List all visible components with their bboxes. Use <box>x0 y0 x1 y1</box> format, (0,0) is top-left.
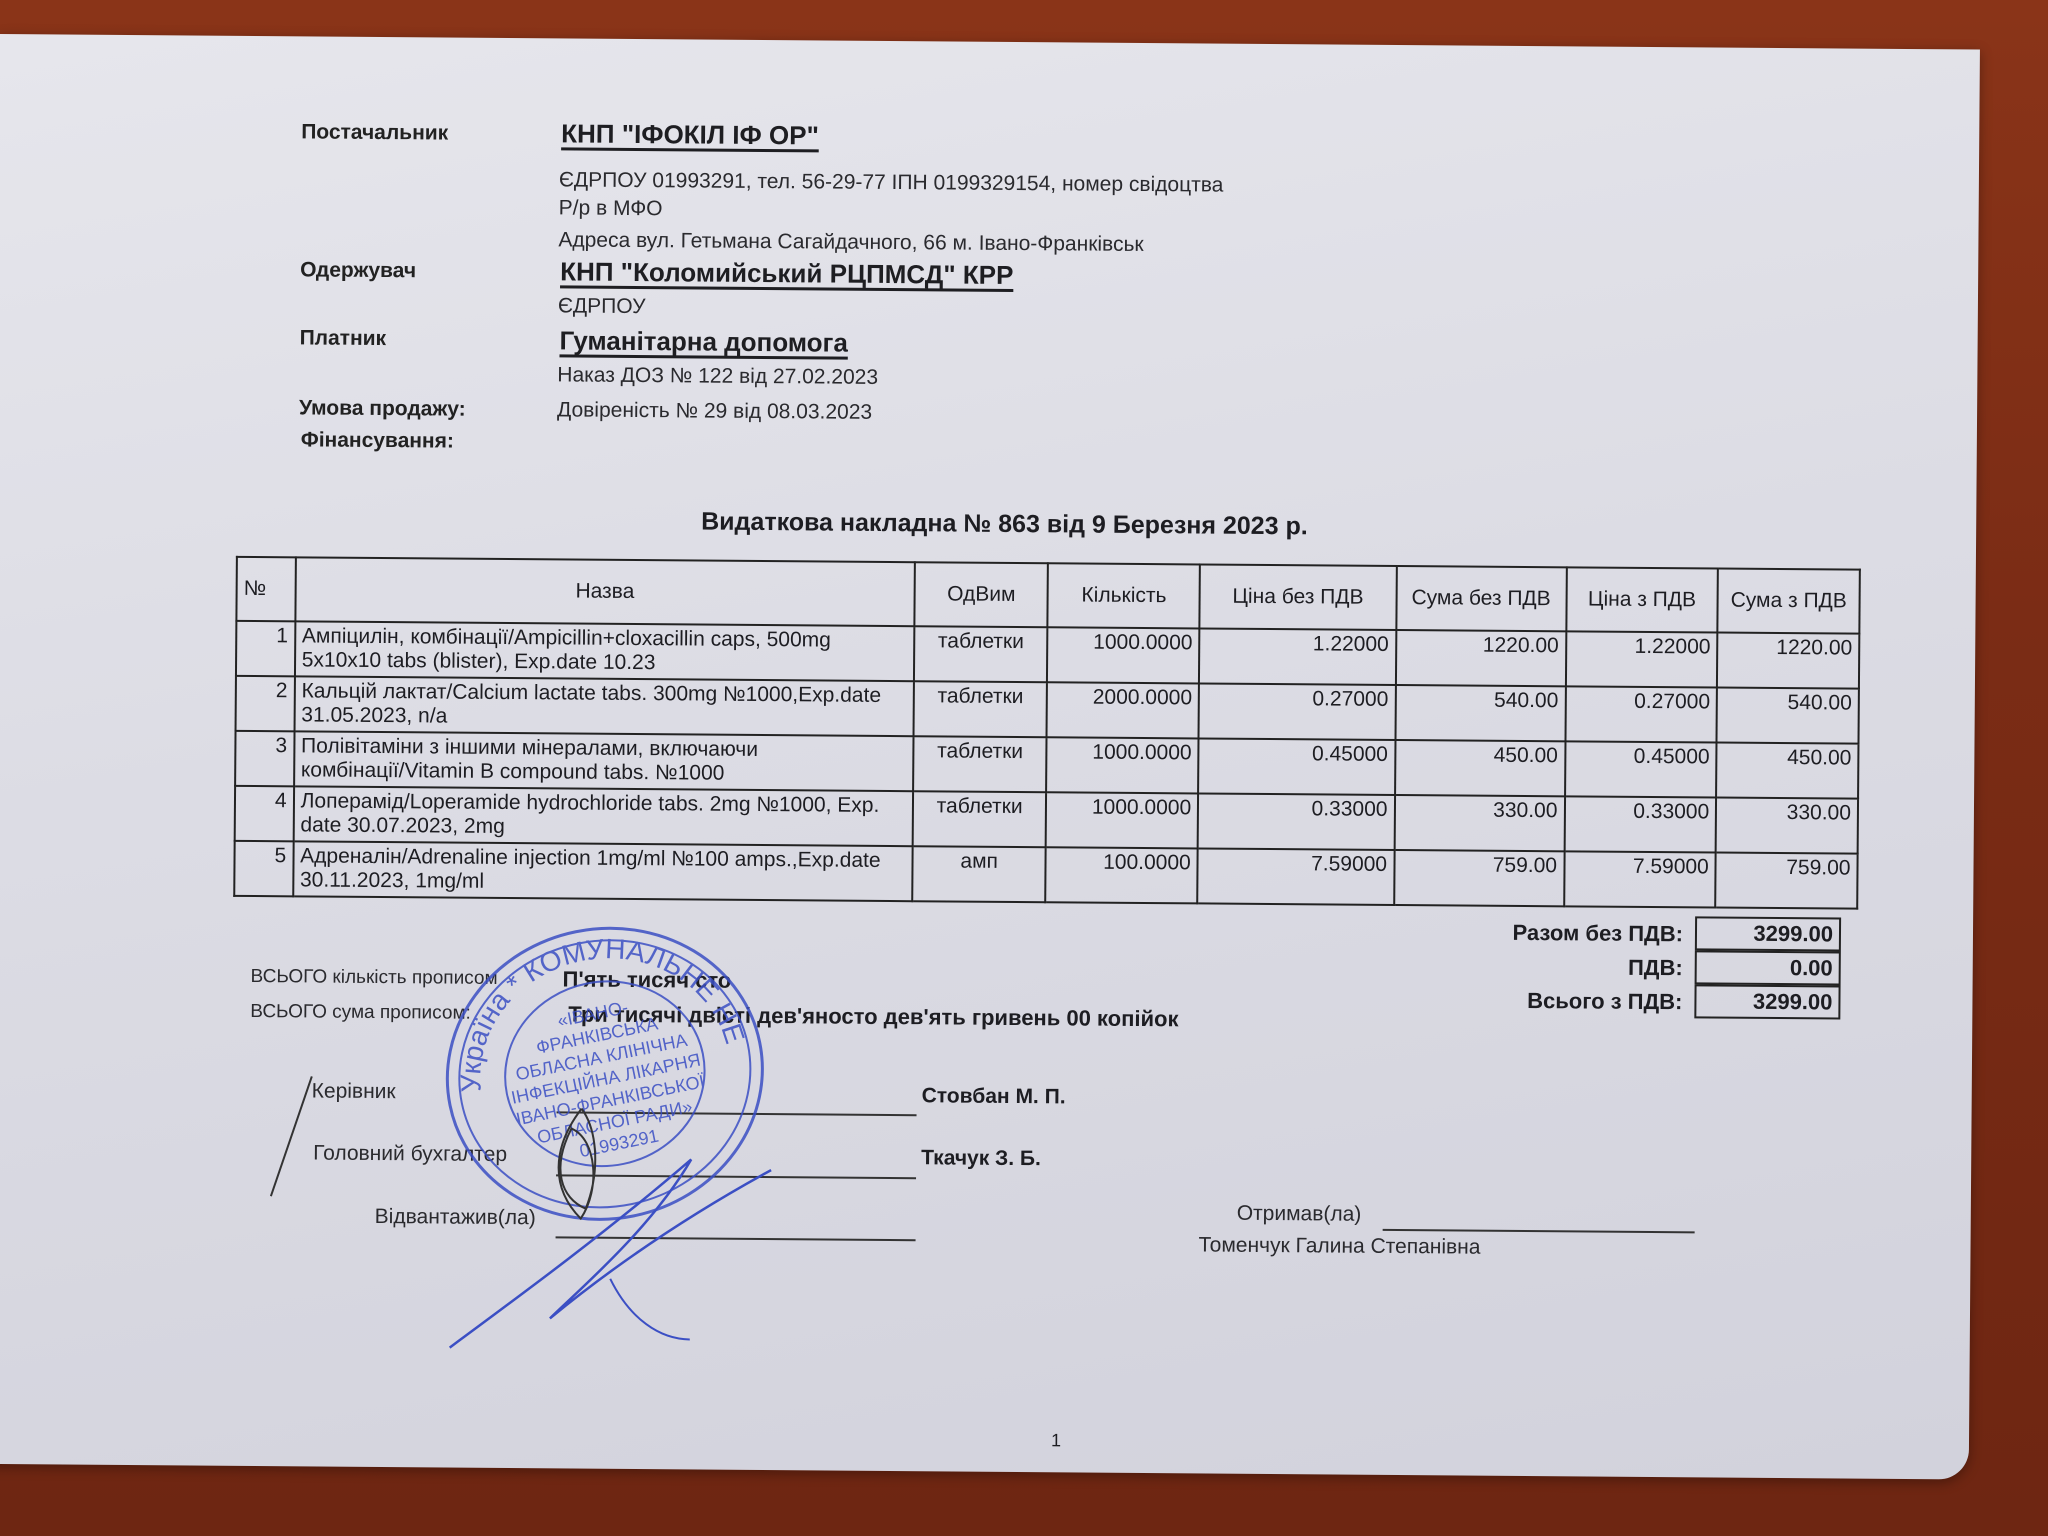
item-qty: 1000.0000 <box>1047 627 1199 683</box>
vat-value: 0.00 <box>1695 950 1841 985</box>
signature-scribble-icon <box>250 1066 812 1360</box>
col-sum-no-vat: Сума без ПДВ <box>1396 566 1566 631</box>
item-price-no-vat: 0.33000 <box>1198 793 1395 850</box>
item-price-no-vat: 0.27000 <box>1199 683 1396 740</box>
accountant-name: Ткачук З. Б. <box>921 1146 1041 1171</box>
subtotal-row: Разом без ПДВ: 3299.00 <box>1423 915 1841 952</box>
col-name: Назва <box>295 557 915 626</box>
item-price-vat: 1.22000 <box>1565 631 1717 687</box>
payer-name: Гуманітарна допомога <box>559 325 848 358</box>
recipient-ids: ЄДРПОУ <box>558 294 646 319</box>
item-price-vat: 7.59000 <box>1564 851 1716 907</box>
item-sum-no-vat: 540.00 <box>1395 685 1565 741</box>
supplier-label: Постачальник <box>301 120 448 145</box>
row-number: 4 <box>235 786 294 841</box>
sale-terms-label: Умова продажу: <box>299 396 466 421</box>
col-price-vat: Ціна з ПДВ <box>1566 567 1718 632</box>
order-ref: Наказ ДОЗ № 122 від 27.02.2023 <box>557 363 878 390</box>
received-name: Томенчук Галина Степанівна <box>1198 1233 1480 1259</box>
financing-label: Фінансування: <box>301 428 454 453</box>
item-sum-no-vat: 330.00 <box>1394 795 1564 851</box>
recipient-label: Одержувач <box>300 258 416 283</box>
supplier-account: Р/р в МФО <box>559 196 663 221</box>
recipient-name: КНП "Коломийський РЦПМСД" КРР <box>560 256 1014 291</box>
item-unit: таблетки <box>914 626 1048 682</box>
row-number: 2 <box>236 676 295 731</box>
sale-terms-value: Довіреність № 29 від 08.03.2023 <box>557 398 872 424</box>
item-sum-vat: 540.00 <box>1717 688 1859 744</box>
total-label: Всього з ПДВ: <box>1422 987 1694 1015</box>
item-name: Адреналін/Adrenaline injection 1mg/ml №1… <box>293 841 913 901</box>
received-label: Отримав(ла) <box>1237 1202 1362 1227</box>
supplier-name: КНП "ІФОКІЛ ІФ ОР" <box>561 118 819 151</box>
item-sum-vat: 759.00 <box>1715 853 1857 909</box>
item-sum-vat: 330.00 <box>1716 798 1858 854</box>
page-number: 1 <box>1051 1430 1061 1451</box>
item-price-no-vat: 1.22000 <box>1199 628 1396 685</box>
item-name: Лоперамід/Loperamide hydrochloride tabs.… <box>293 786 913 846</box>
col-price-no-vat: Ціна без ПДВ <box>1200 564 1397 630</box>
item-price-vat: 0.33000 <box>1564 796 1716 852</box>
item-price-vat: 0.27000 <box>1565 686 1717 742</box>
item-name: Ампіцилін, комбінації/Ampicillin+cloxaci… <box>295 621 915 681</box>
vat-label: ПДВ: <box>1423 953 1695 981</box>
payer-label: Платник <box>300 326 387 351</box>
sum-words-label: ВСЬОГО сума прописом: <box>250 1001 471 1025</box>
item-price-vat: 0.45000 <box>1565 741 1717 797</box>
items-table: № Назва ОдВим Кількість Ціна без ПДВ Сум… <box>233 556 1861 910</box>
item-unit: таблетки <box>913 681 1047 737</box>
row-number: 3 <box>235 731 294 786</box>
item-sum-vat: 1220.00 <box>1717 633 1859 689</box>
total-value: 3299.00 <box>1694 984 1840 1019</box>
row-number: 1 <box>236 621 295 676</box>
item-name: Полівітаміни з іншими мінералами, включа… <box>294 731 914 791</box>
item-price-no-vat: 7.59000 <box>1197 848 1394 905</box>
total-row: Всього з ПДВ: 3299.00 <box>1422 983 1840 1020</box>
table-row: 5Адреналін/Adrenaline injection 1mg/ml №… <box>234 841 1857 909</box>
item-unit: таблетки <box>913 736 1047 792</box>
vat-row: ПДВ: 0.00 <box>1423 949 1841 986</box>
item-name: Кальцій лактат/Calcium lactate tabs. 300… <box>294 676 914 736</box>
item-price-no-vat: 0.45000 <box>1198 738 1395 795</box>
item-unit: амп <box>912 846 1046 902</box>
item-qty: 2000.0000 <box>1047 682 1199 738</box>
item-sum-vat: 450.00 <box>1716 743 1858 799</box>
col-unit: ОдВим <box>914 562 1048 627</box>
supplier-ids: ЄДРПОУ 01993291, тел. 56-29-77 ІПН 01993… <box>559 168 1224 197</box>
item-sum-no-vat: 759.00 <box>1394 850 1564 906</box>
item-sum-no-vat: 1220.00 <box>1395 630 1565 686</box>
item-unit: таблетки <box>913 791 1047 847</box>
invoice-page: Постачальник КНП "ІФОКІЛ ІФ ОР" ЄДРПОУ 0… <box>0 34 1980 1480</box>
item-sum-no-vat: 450.00 <box>1395 740 1565 796</box>
received-signature-line <box>1383 1229 1695 1233</box>
subtotal-value: 3299.00 <box>1695 916 1841 951</box>
col-number: № <box>236 557 295 621</box>
item-qty: 1000.0000 <box>1047 737 1199 793</box>
invoice-title: Видаткова накладна № 863 від 9 Березня 2… <box>701 508 1308 542</box>
director-name: Стовбан М. П. <box>922 1084 1066 1109</box>
item-qty: 100.0000 <box>1046 847 1198 903</box>
supplier-address: Адреса вул. Гетьмана Сагайдачного, 66 м.… <box>558 228 1143 257</box>
col-qty: Кількість <box>1048 563 1200 628</box>
col-sum-vat: Сума з ПДВ <box>1718 569 1860 634</box>
row-number: 5 <box>234 841 293 896</box>
totals-block: Разом без ПДВ: 3299.00 ПДВ: 0.00 Всього … <box>1422 915 1841 1020</box>
subtotal-label: Разом без ПДВ: <box>1423 919 1695 947</box>
item-qty: 1000.0000 <box>1046 792 1198 848</box>
